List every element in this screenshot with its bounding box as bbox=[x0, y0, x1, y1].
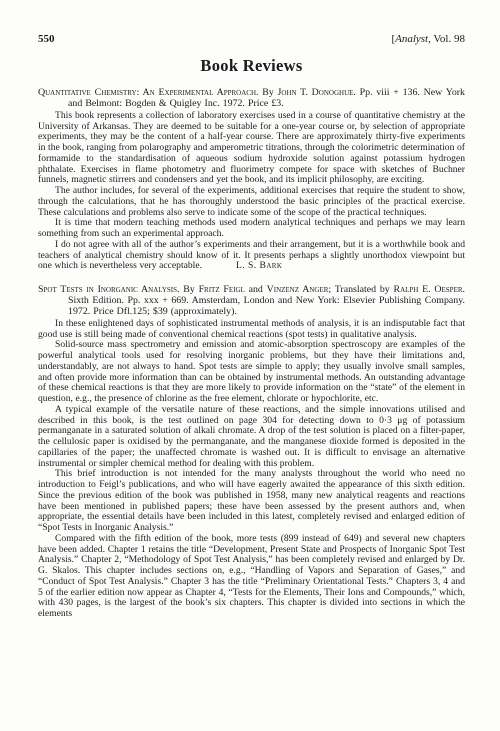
byline-text: By bbox=[180, 284, 199, 295]
journal-page: 550 [Analyst, Vol. 98 Book Reviews Quant… bbox=[0, 0, 500, 731]
journal-volume-ref: [Analyst, Vol. 98 bbox=[391, 33, 465, 45]
review-paragraph: In these enlightened days of sophisticat… bbox=[38, 319, 465, 341]
page-number: 550 bbox=[38, 33, 55, 45]
book-title: Spot Tests in Inorganic Analysis. bbox=[38, 284, 180, 295]
running-head: 550 [Analyst, Vol. 98 bbox=[38, 33, 465, 45]
review-paragraph: I do not agree with all of the author’s … bbox=[38, 240, 465, 272]
review-paragraph: This brief introduction is not intended … bbox=[38, 469, 465, 534]
review-spot-tests: Spot Tests in Inorganic Analysis. By Fri… bbox=[38, 285, 465, 620]
review-paragraph: It is time that modern teaching methods … bbox=[38, 218, 465, 240]
review-quantitative-chemistry: Quantitative Chemistry: An Experimental … bbox=[38, 88, 465, 272]
review-heading: Spot Tests in Inorganic Analysis. By Fri… bbox=[38, 285, 465, 318]
review-paragraph: Compared with the fifth edition of the b… bbox=[38, 534, 465, 620]
review-heading: Quantitative Chemistry: An Experimental … bbox=[38, 88, 465, 110]
reviewer-signature: L. S. Bark bbox=[236, 260, 282, 271]
journal-name: Analyst bbox=[395, 33, 428, 45]
publication-details: Sixth Edition. Pp. xxx + 669. Amsterdam,… bbox=[68, 295, 465, 317]
author-name: John T. Donoghue. bbox=[278, 87, 356, 98]
author-name: Vinzenz Anger bbox=[267, 284, 329, 295]
conjunction-text: and bbox=[245, 284, 267, 295]
translated-by-text: ; Translated by bbox=[328, 284, 393, 295]
review-paragraph: Solid-source mass spectrometry and emiss… bbox=[38, 340, 465, 405]
review-paragraph: This book represents a collection of lab… bbox=[38, 111, 465, 186]
byline-text: By bbox=[258, 87, 277, 98]
page-title: Book Reviews bbox=[38, 56, 465, 76]
review-paragraph: The author includes, for several of the … bbox=[38, 186, 465, 218]
author-name: Fritz Feigl bbox=[199, 284, 245, 295]
volume-number: , Vol. 98 bbox=[428, 33, 465, 45]
review-paragraph: A typical example of the versatile natur… bbox=[38, 405, 465, 470]
book-title: Quantitative Chemistry: An Experimental … bbox=[38, 87, 258, 98]
translator-name: Ralph E. Oesper. bbox=[393, 284, 465, 295]
